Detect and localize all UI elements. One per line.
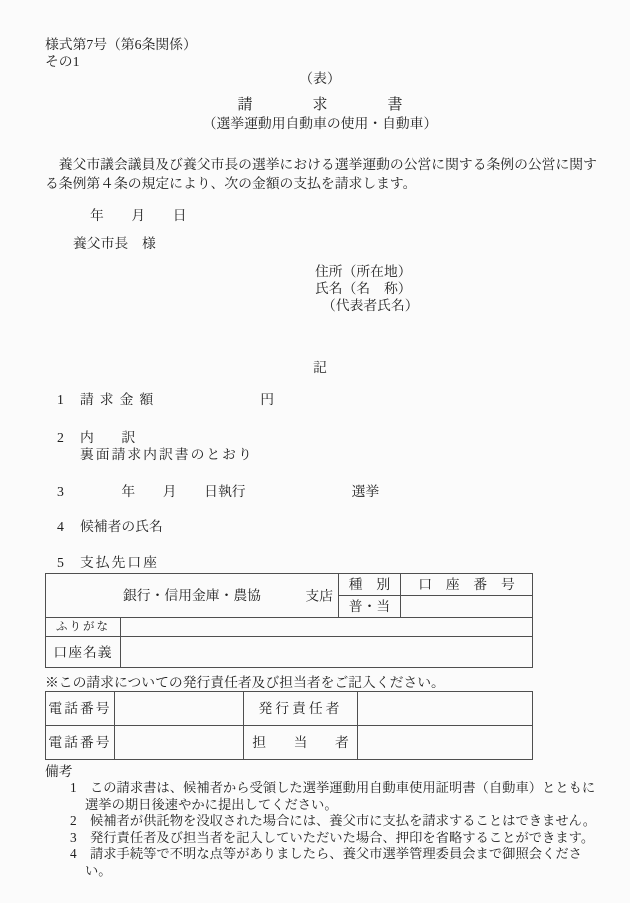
page-subtitle: （選挙運動用自動車の使用・自動車） bbox=[45, 114, 595, 133]
election-suffix-label: 選挙 bbox=[352, 484, 380, 499]
remarks-heading: 備考 bbox=[45, 763, 612, 780]
payment-account-table: 銀行・信用金庫・農協 支店 種 別 口 座 番 号 普・当 ふりがな 口座名義 bbox=[45, 573, 533, 668]
item-breakdown: 2内 訳 bbox=[57, 429, 612, 446]
item-candidate-name: 4候補者の氏名 bbox=[57, 518, 612, 535]
phone-label-1: 電話番号 bbox=[46, 692, 115, 726]
item-number: 4 bbox=[57, 518, 80, 535]
item-payment-account: 5支払先口座 bbox=[57, 554, 612, 571]
item-label: 候補者の氏名 bbox=[80, 519, 163, 534]
contact-table: 電話番号 発行責任者 電話番号 担 当 者 bbox=[45, 691, 533, 760]
fill-instruction-note: ※この請求についての発行責任者及び担当者をご記入ください。 bbox=[45, 674, 612, 691]
item-number: 1 bbox=[57, 391, 80, 408]
body-marker: 記 bbox=[45, 359, 595, 376]
claimant-address-label: 住所（所在地） bbox=[315, 263, 612, 280]
item-label: 年 月 日執行 bbox=[80, 484, 246, 499]
account-name-label: 口座名義 bbox=[46, 637, 121, 668]
staff-label: 担 当 者 bbox=[244, 726, 358, 760]
currency-unit-label: 円 bbox=[260, 392, 274, 407]
item-claim-amount: 1請求金額円 bbox=[57, 391, 612, 408]
staff-blank-cell bbox=[358, 726, 533, 760]
document-page: 様式第7号（第6条関係） その1 （表） 請 求 書 （選挙運動用自動車の使用・… bbox=[0, 0, 630, 903]
issuer-label: 発行責任者 bbox=[244, 692, 358, 726]
phone-blank-cell-2 bbox=[115, 726, 244, 760]
claimant-representative-label: （代表者氏名） bbox=[315, 297, 612, 314]
item-label: 内 訳 bbox=[80, 430, 135, 445]
item-number: 5 bbox=[57, 554, 80, 571]
addressee-line: 養父市長 様 bbox=[73, 235, 612, 252]
phone-label-2: 電話番号 bbox=[46, 726, 115, 760]
item-label: 支払先口座 bbox=[80, 555, 159, 570]
page-title: 請 求 書 bbox=[45, 96, 595, 114]
item-number: 2 bbox=[57, 429, 80, 446]
form-part: その1 bbox=[45, 53, 612, 70]
remark-item-3: 3 発行責任者及び担当者を記入していただいた場合、押印を省略することができます。 bbox=[70, 830, 600, 847]
intro-paragraph: 養父市議会議員及び養父市長の選挙における選挙運動の公営に関する条例の公営に関する… bbox=[45, 155, 603, 193]
furigana-blank-cell bbox=[121, 618, 533, 637]
remark-item-2: 2 候補者が供託物を没収された場合には、養父市に支払を請求することはできません。 bbox=[70, 813, 600, 830]
form-number: 様式第7号（第6条関係） bbox=[45, 36, 612, 53]
phone-blank-cell-1 bbox=[115, 692, 244, 726]
bank-name-cell: 銀行・信用金庫・農協 支店 bbox=[46, 574, 339, 618]
furigana-label: ふりがな bbox=[46, 618, 121, 637]
remark-item-4: 4 請求手続等で不明な点等がありましたら、養父市選挙管理委員会まで御照会ください… bbox=[70, 846, 600, 879]
item-number: 3 bbox=[57, 483, 80, 500]
account-number-header: 口 座 番 号 bbox=[401, 574, 533, 596]
account-type-header: 種 別 bbox=[339, 574, 401, 596]
claimant-block: 住所（所在地） 氏名（名 称） （代表者氏名） bbox=[315, 263, 612, 314]
item-breakdown-detail: 裏面請求内訳書のとおり bbox=[80, 446, 612, 463]
claimant-name-label: 氏名（名 称） bbox=[315, 280, 612, 297]
remark-item-1: 1 この請求書は、候補者から受領した選挙運動用自動車使用証明書（自動車）とともに… bbox=[70, 780, 600, 813]
account-type-options: 普・当 bbox=[339, 596, 401, 618]
item-election-date: 3 年 月 日執行選挙 bbox=[57, 483, 612, 500]
item-label: 請求金額 bbox=[80, 392, 159, 407]
branch-label: 支店 bbox=[305, 587, 333, 604]
date-blank-line: 年 月 日 bbox=[90, 207, 612, 224]
issuer-blank-cell bbox=[358, 692, 533, 726]
bank-label: 銀行・信用金庫・農協 bbox=[123, 588, 261, 603]
side-label: （表） bbox=[45, 70, 595, 87]
account-number-blank-cell bbox=[401, 596, 533, 618]
account-name-blank-cell bbox=[121, 637, 533, 668]
remarks-list: 1 この請求書は、候補者から受領した選挙運動用自動車使用証明書（自動車）とともに… bbox=[70, 780, 600, 879]
